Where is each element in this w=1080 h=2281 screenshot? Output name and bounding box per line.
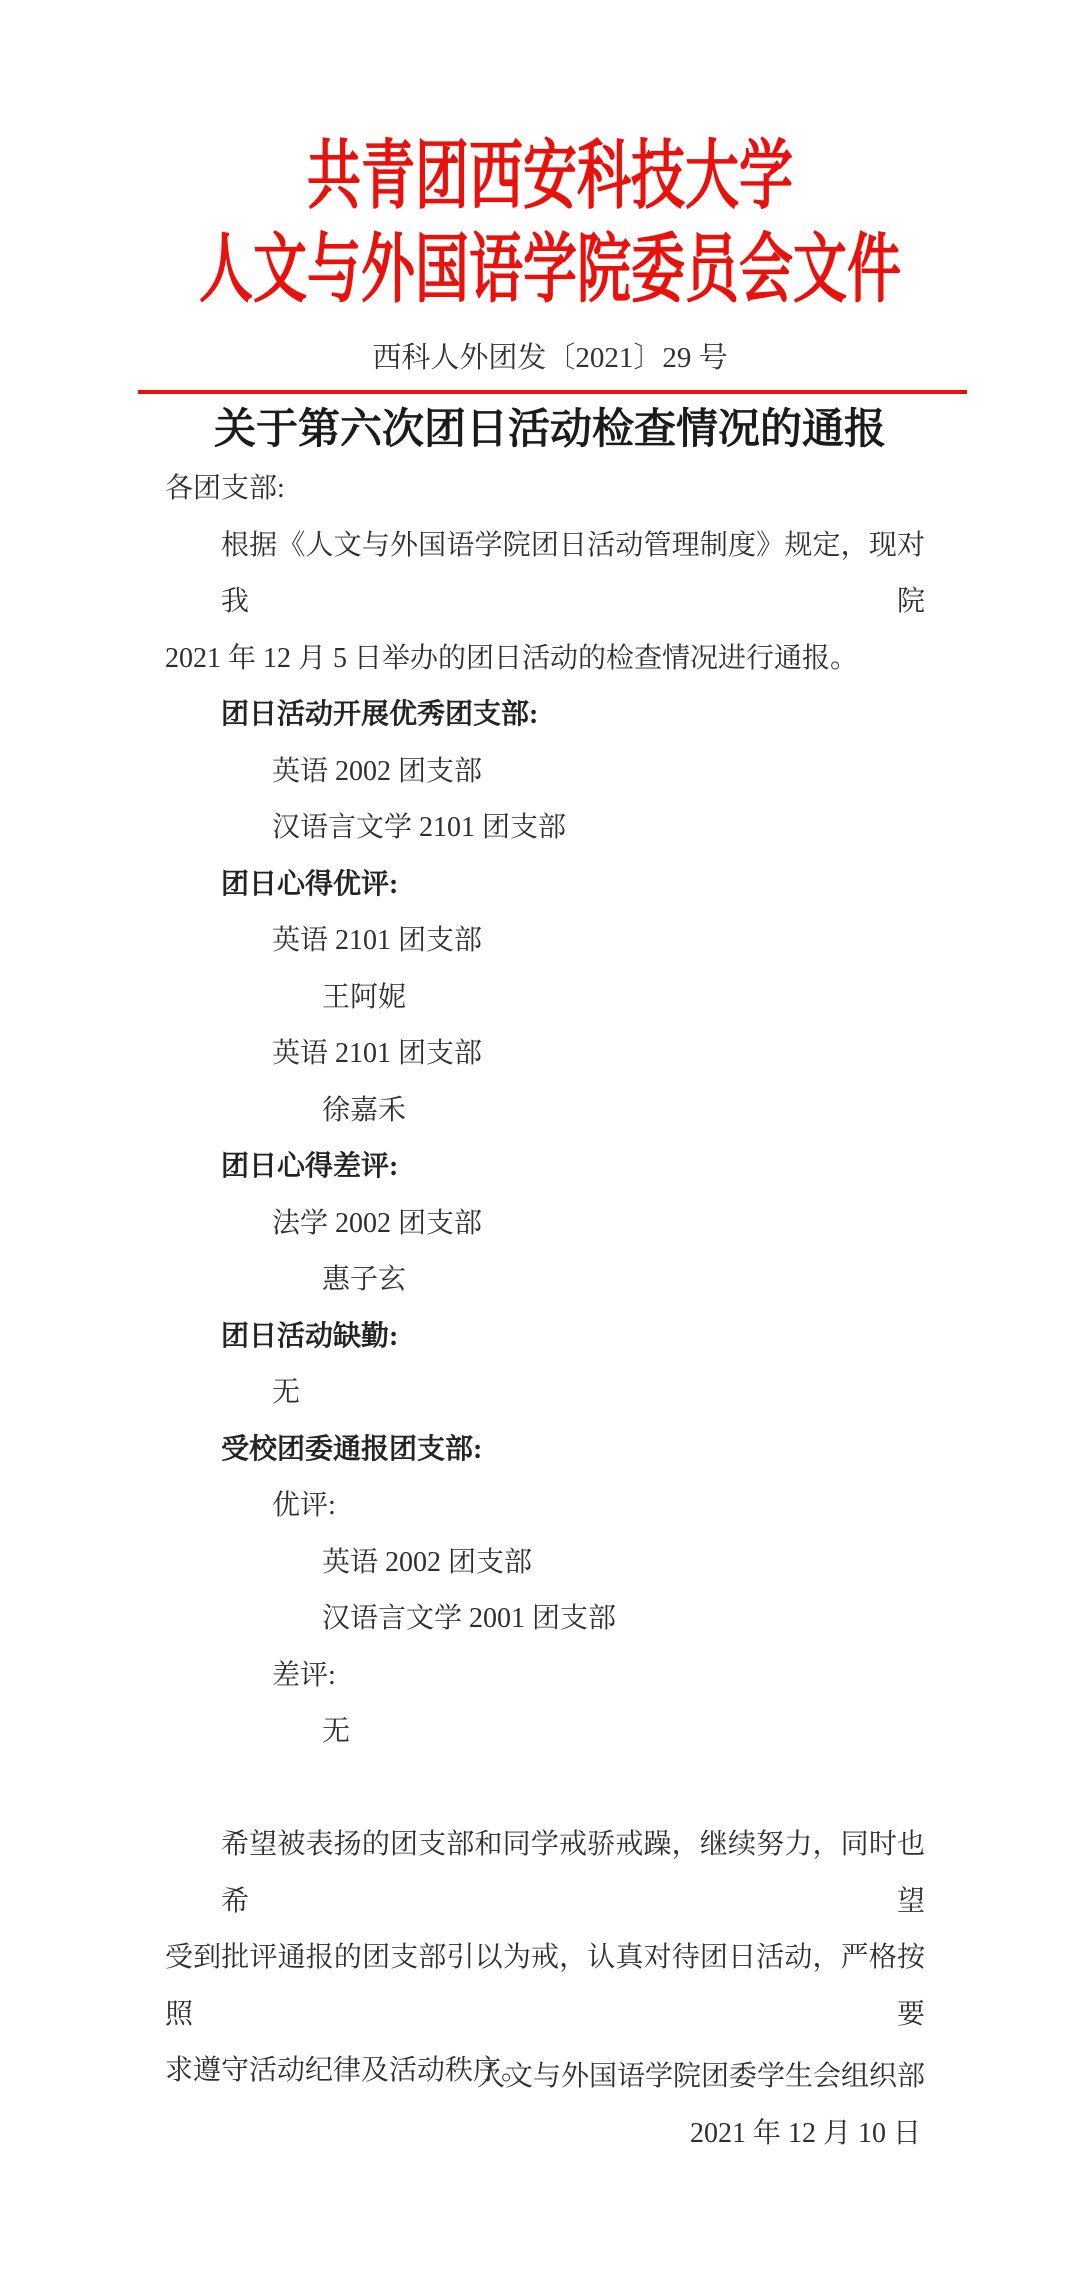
signature-date: 2021 年 12 月 10 日 [165,2106,925,2163]
body-line: 英语 2002 团支部 [165,744,925,801]
document-page: 共青团西安科技大学 人文与外国语学院委员会文件 西科人外团发〔2021〕29 号… [0,0,1080,2281]
body-line: 汉语言文学 2001 团支部 [165,1591,925,1648]
body-line [165,1761,925,1818]
body-line: 无 [165,1365,925,1422]
body-line: 法学 2002 团支部 [165,1196,925,1253]
body-line: 团日活动开展优秀团支部: [165,687,925,744]
signature-block: 人文与外国语学院团委学生会组织部 2021 年 12 月 10 日 [165,2049,925,2162]
body-line: 徐嘉禾 [165,1083,925,1140]
document-number: 西科人外团发〔2021〕29 号 [10,342,1080,374]
body-line: 希望被表扬的团支部和同学戒骄戒躁，继续努力，同时也希望 [165,1817,925,1930]
body-line: 优评: [165,1478,925,1535]
letterhead: 共青团西安科技大学 人文与外国语学院委员会文件 [10,130,1080,318]
body-line: 惠子玄 [165,1252,925,1309]
body-line: 受校团委通报团支部: [165,1422,925,1479]
red-divider [138,390,967,394]
body-line: 英语 2101 团支部 [165,913,925,970]
body-line: 团日心得差评: [165,1139,925,1196]
body-line: 团日心得优评: [165,857,925,914]
signature-org: 人文与外国语学院团委学生会组织部 [165,2049,925,2106]
body-line: 无 [165,1704,925,1761]
body-line: 受到批评通报的团支部引以为戒，认真对待团日活动，严格按照要 [165,1930,925,2043]
body-line: 英语 2101 团支部 [165,1026,925,1083]
body-line: 差评: [165,1648,925,1705]
body-line: 团日活动缺勤: [165,1309,925,1366]
document-body: 各团支部:根据《人文与外国语学院团日活动管理制度》规定，现对我院2021 年 1… [165,461,925,2100]
letterhead-line-1: 共青团西安科技大学 [10,130,1080,224]
body-line: 2021 年 12 月 5 日举办的团日活动的检查情况进行通报。 [165,631,925,688]
body-line: 汉语言文学 2101 团支部 [165,800,925,857]
body-line: 根据《人文与外国语学院团日活动管理制度》规定，现对我院 [165,518,925,631]
body-line: 英语 2002 团支部 [165,1535,925,1592]
body-line: 王阿妮 [165,970,925,1027]
body-line: 各团支部: [165,461,925,518]
document-title: 关于第六次团日活动检查情况的通报 [10,404,1080,456]
letterhead-line-2: 人文与外国语学院委员会文件 [10,224,1080,318]
